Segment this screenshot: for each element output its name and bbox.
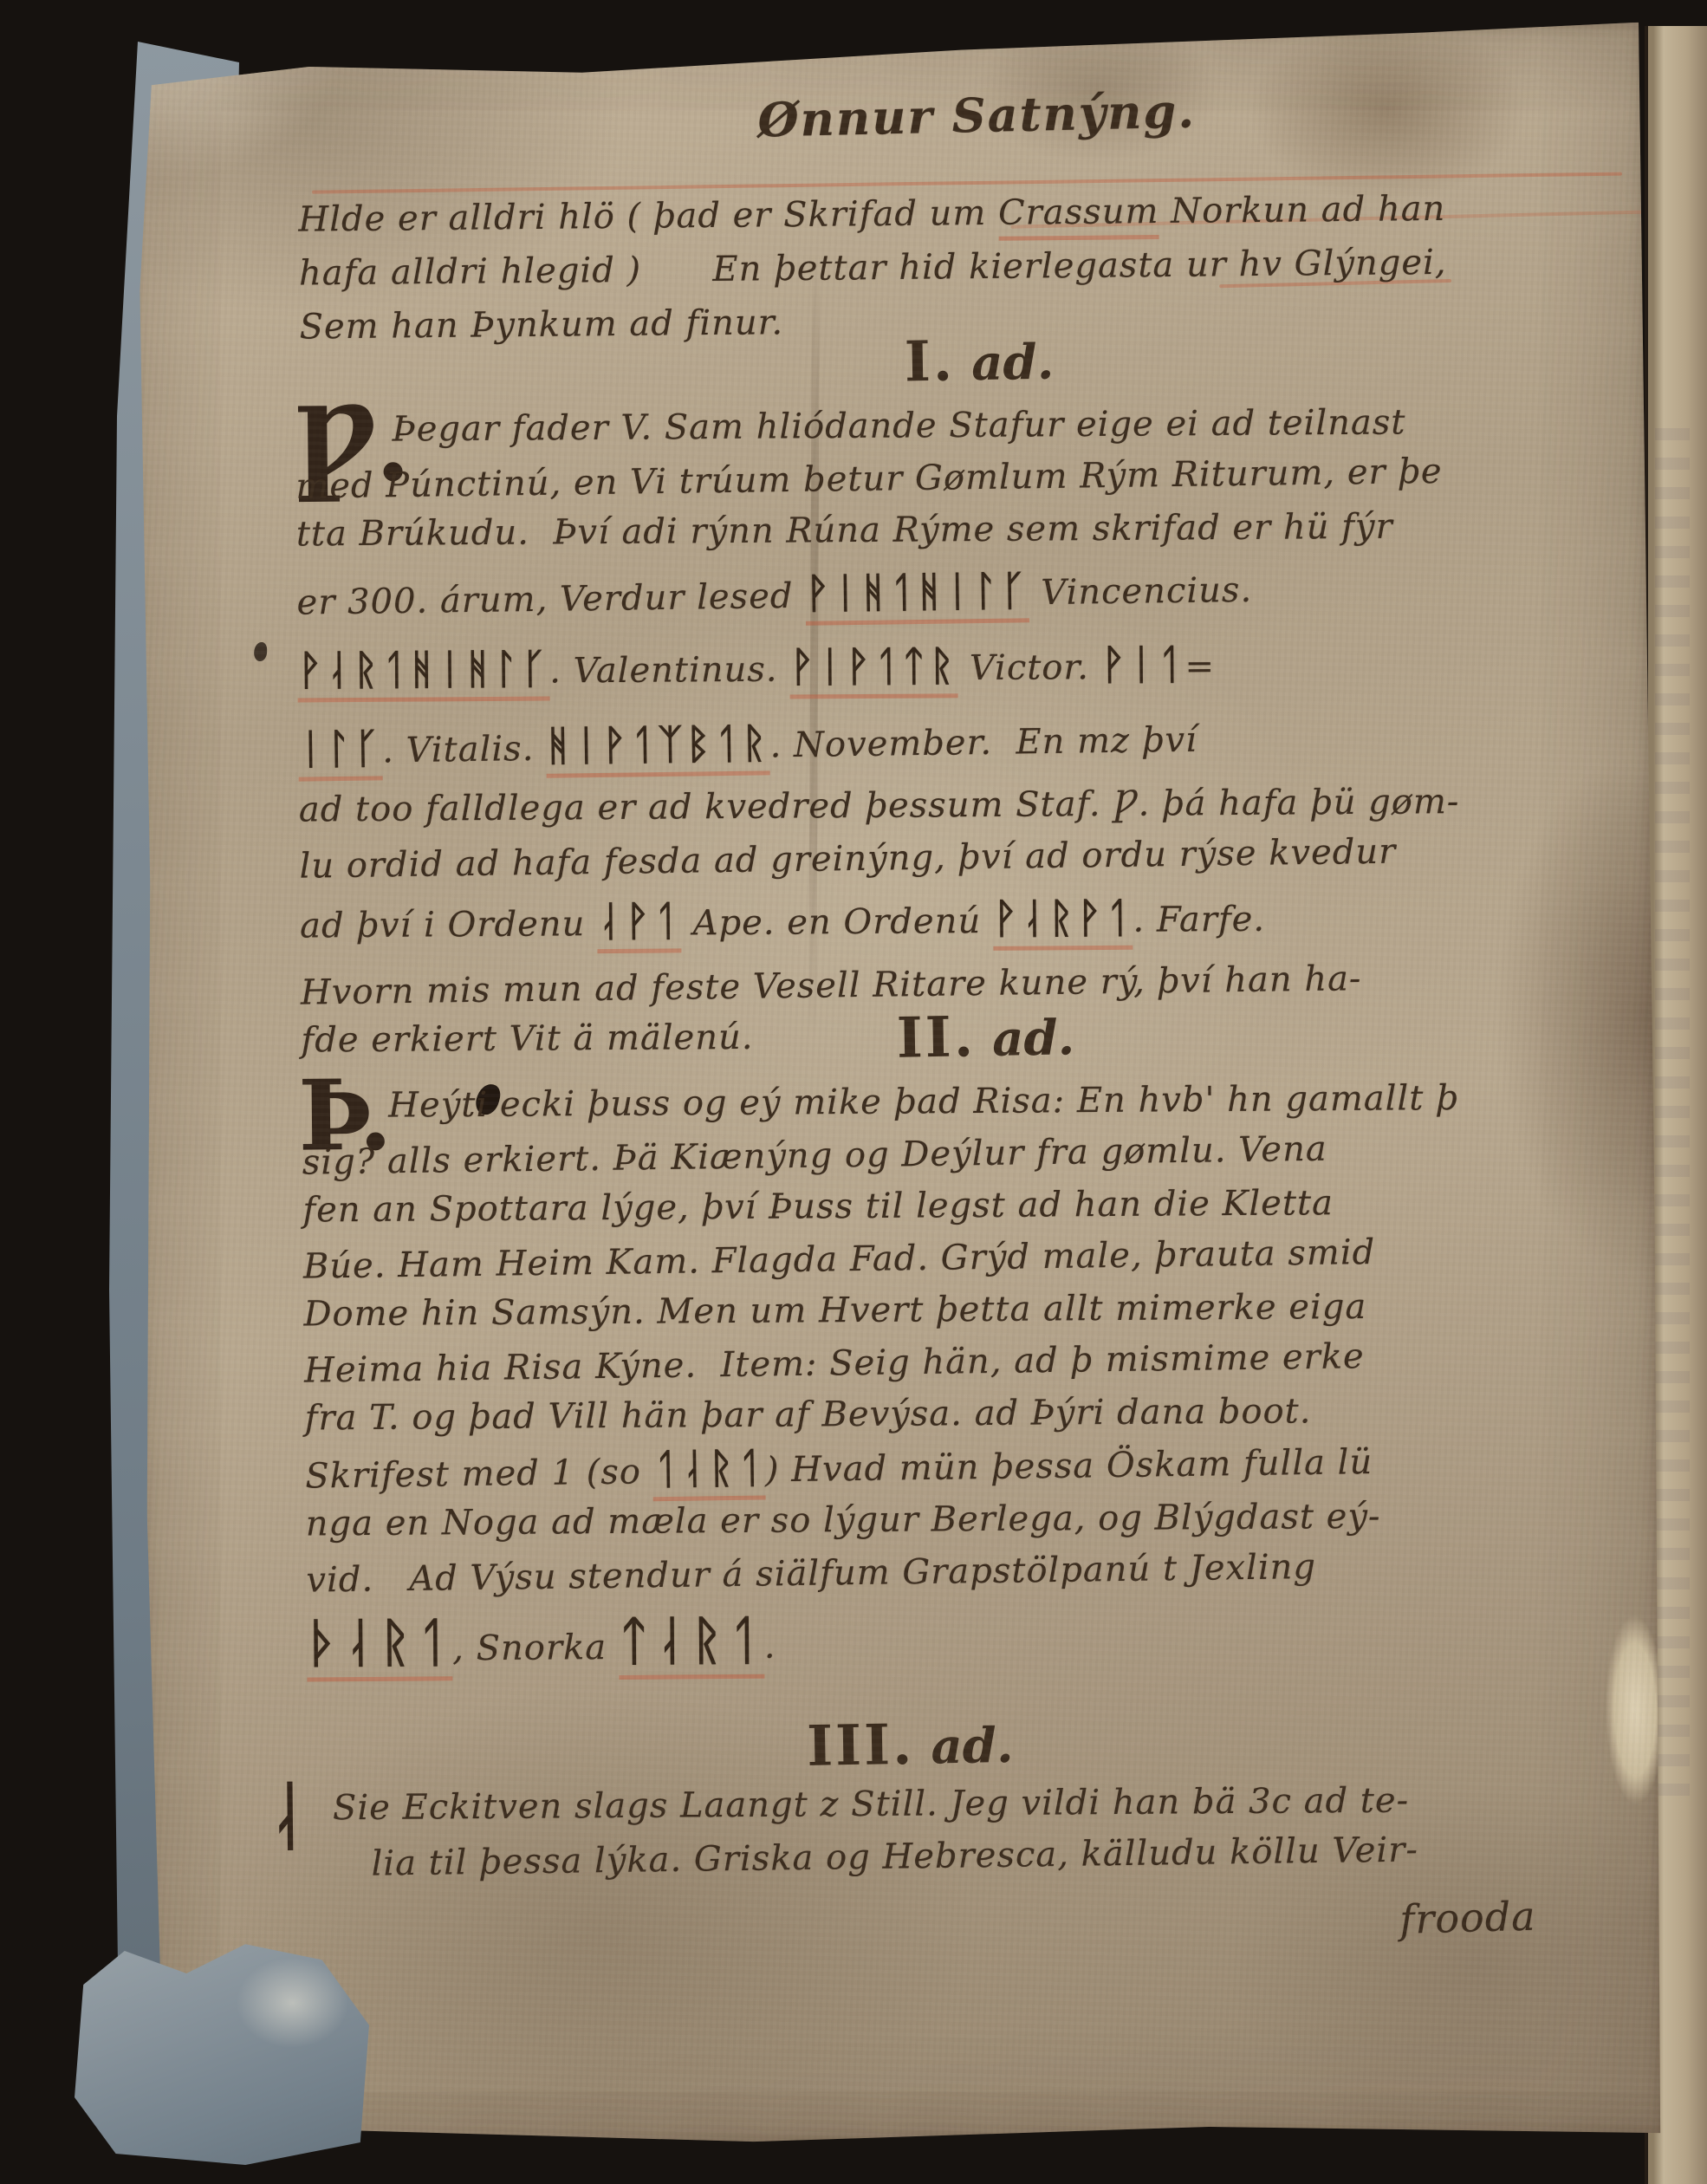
torn-backing-corner	[75, 1940, 369, 2165]
signature-word: frooda	[1399, 1893, 1537, 1943]
manuscript-line: er 300. árum, Verdur lesed ᚹᛁᚻᛐᚻᛁᛚᚴ Vinc…	[296, 546, 1671, 639]
section-3-paragraph: ᛆ Sie Eckitven slags Laangt z Still. Jeg…	[270, 1771, 1645, 1888]
section-numeral: II.	[896, 1004, 976, 1071]
section-heading-word: ad.	[971, 334, 1055, 393]
section-2-paragraph: Þ. Heýti ecki þuss og eý mike þad Risa: …	[302, 1069, 1681, 1693]
manuscript-line: ᚦᛆᚱᛐ, Snorka ᛏᛆᚱᛐ.	[307, 1592, 1681, 1691]
drop-initial: ᛆ	[265, 1779, 311, 1855]
section-heading-word: ad.	[992, 1009, 1075, 1068]
section-numeral: I.	[904, 328, 955, 394]
page-title: Ønnur Satnýng.	[309, 73, 1645, 158]
section-1-paragraph: Ƿ. Þegar fader V. Sam hliódande Stafur e…	[295, 393, 1674, 1068]
section-heading-word: ad.	[931, 1717, 1014, 1776]
manuscript-line: ᚹᛆᚱᛐᚻᛁᚻᛚᚴ. Valentinus. ᚹᛁᚹᛐᛏᚱ Victor. ᚹᛁ…	[297, 625, 1671, 709]
ink-blot	[254, 642, 267, 661]
manuscript-line: ad því i Ordenu ᛆᚹᛐ Ape. en Ordenú ᚹᛆᚱᚹᛐ…	[300, 878, 1674, 962]
section-numeral: III.	[807, 1713, 915, 1779]
manuscript-line: ᛁᛚᚴ. Vitalis. ᚻᛁᚹᛐᛉᛒᛐᚱ. November. En mz …	[298, 695, 1672, 788]
manuscript-page: Ønnur Satnýng. Hlde er alldri hlö ( þad …	[127, 23, 1663, 2150]
manuscript-photo: Ønnur Satnýng. Hlde er alldri hlö ( þad …	[0, 0, 1707, 2184]
